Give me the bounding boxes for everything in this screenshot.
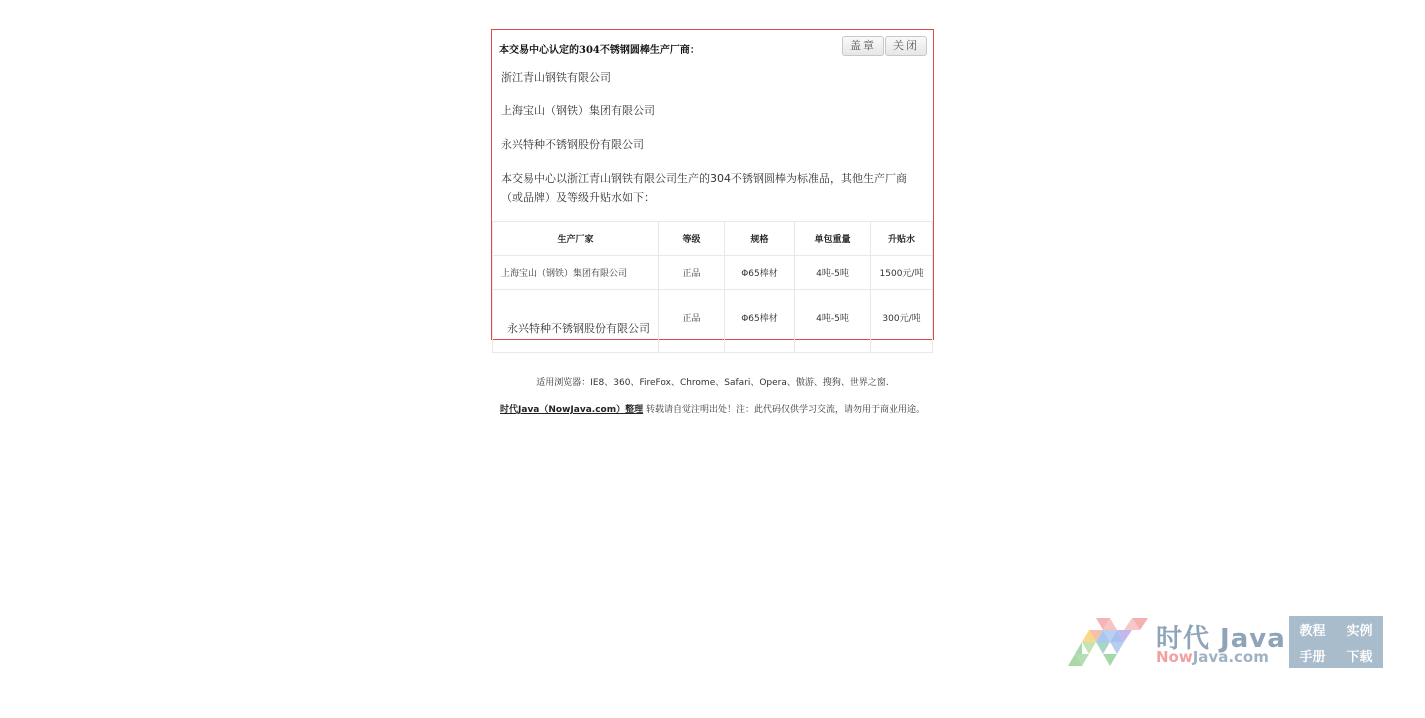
credit-note: 转载请自觉注明出处！注：此代码仅供学习交流，请勿用于商业用途。 bbox=[643, 405, 925, 415]
cell-premium: 300元/吨 bbox=[871, 290, 933, 353]
triangle-logo-icon bbox=[1060, 618, 1152, 666]
col-spec: 规格 bbox=[725, 222, 795, 256]
link-examples[interactable]: 实例 bbox=[1346, 620, 1372, 639]
cell-maker: 永兴特种不锈钢股份有限公司 bbox=[493, 290, 659, 353]
cell-grade: 正品 bbox=[659, 256, 725, 290]
col-weight: 单包重量 bbox=[795, 222, 871, 256]
credit-line: 时代Java（NowJava.com）整理 转载请自觉注明出处！注：此代码仅供学… bbox=[0, 402, 1425, 415]
close-button[interactable]: 关闭 bbox=[885, 36, 927, 56]
col-maker: 生产厂家 bbox=[493, 222, 659, 256]
cell-spec: Φ65棒材 bbox=[725, 290, 795, 353]
cell-maker: 上海宝山（钢铁）集团有限公司 bbox=[493, 256, 659, 290]
cell-grade: 正品 bbox=[659, 290, 725, 353]
credit-link[interactable]: 时代Java（NowJava.com）整理 bbox=[500, 405, 643, 415]
panel-title: 本交易中心认定的304不锈钢圆棒生产厂商： bbox=[499, 41, 700, 56]
description: 本交易中心以浙江青山钢铁有限公司生产的304不锈钢圆棒为标准品，其他生产厂商（或… bbox=[501, 169, 921, 207]
stamp-button[interactable]: 盖章 bbox=[842, 36, 884, 56]
panel-buttons: 盖章 关闭 bbox=[842, 36, 927, 56]
cell-weight: 4吨-5吨 bbox=[795, 256, 871, 290]
col-grade: 等级 bbox=[659, 222, 725, 256]
browser-compat-note: 适用浏览器：IE8、360、FireFox、Chrome、Safari、Oper… bbox=[0, 375, 1425, 388]
manufacturer-3: 永兴特种不锈钢股份有限公司 bbox=[501, 135, 644, 154]
site-logo[interactable]: 时代 Java NowJava.com 教程 实例 手册 下载 bbox=[1060, 618, 1385, 670]
cell-weight: 4吨-5吨 bbox=[795, 290, 871, 353]
col-premium: 升贴水 bbox=[871, 222, 933, 256]
premium-table: 生产厂家 等级 规格 单包重量 升贴水 上海宝山（钢铁）集团有限公司 正品 Φ6… bbox=[492, 221, 933, 353]
manufacturer-1: 浙江青山钢铁有限公司 bbox=[501, 68, 611, 87]
cell-premium: 1500元/吨 bbox=[871, 256, 933, 290]
cell-spec: Φ65棒材 bbox=[725, 256, 795, 290]
manufacturer-2: 上海宝山（钢铁）集团有限公司 bbox=[501, 101, 655, 120]
table-header-row: 生产厂家 等级 规格 单包重量 升贴水 bbox=[493, 222, 933, 256]
link-tutorial[interactable]: 教程 bbox=[1299, 620, 1325, 639]
link-download[interactable]: 下载 bbox=[1346, 646, 1372, 665]
table-row: 上海宝山（钢铁）集团有限公司 正品 Φ65棒材 4吨-5吨 1500元/吨 bbox=[493, 256, 933, 290]
logo-link-box: 教程 实例 手册 下载 bbox=[1289, 616, 1383, 668]
manufacturer-panel: 本交易中心认定的304不锈钢圆棒生产厂商： 盖章 关闭 浙江青山钢铁有限公司 上… bbox=[491, 29, 934, 340]
table-row: 永兴特种不锈钢股份有限公司 正品 Φ65棒材 4吨-5吨 300元/吨 bbox=[493, 290, 933, 353]
link-manual[interactable]: 手册 bbox=[1299, 646, 1325, 665]
logo-title-en: NowJava.com bbox=[1156, 648, 1269, 666]
